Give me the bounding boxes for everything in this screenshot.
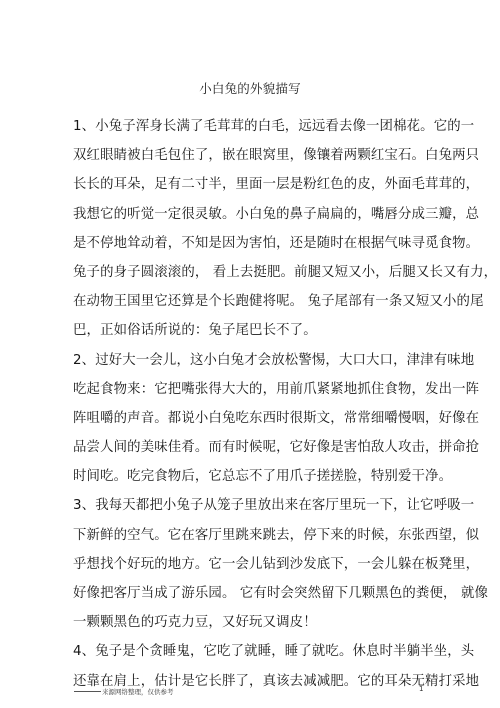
body-line: 双红眼睛被白毛包住了，嵌在眼窝里，像镶着两颗红宝石。白兔两只	[73, 146, 433, 175]
footer-source-text: 来源网络整理，仅供参考	[102, 687, 174, 696]
footer-source-note: 来源网络整理，仅供参考	[74, 687, 174, 696]
body-line: 2、过好大一会儿，这小白兔才会放松警惕，大口大口，津津有味地	[73, 351, 433, 380]
footer-dash-rule	[74, 691, 101, 692]
body-line: 下新鲜的空气。它在客厅里跳来跳去，停下来的时候，东张西望，似	[73, 526, 433, 555]
document-title: 小白兔的外貌描写	[0, 79, 500, 97]
body-line: 巴，正如俗话所说的：兔子尾巴长不了。	[73, 321, 433, 350]
body-line: 我想它的听觉一定很灵敏。小白兔的鼻子扁扁的，嘴唇分成三瓣，总	[73, 205, 433, 234]
body-line: 兔子的身子圆滚滚的， 看上去挺肥。前腿又短又小，后腿又长又有力，	[73, 263, 433, 292]
body-line: 是不停地耸动着，不知是因为害怕，还是随时在根据气味寻觅食物。	[73, 234, 433, 263]
body-line: 好像把客厅当成了游乐园。 它有时会突然留下几颗黑色的粪便， 就像	[73, 584, 433, 613]
body-line: 在动物王国里它还算是个长跑健将呢。 兔子尾部有一条又短又小的尾	[73, 292, 433, 321]
body-line: 品尝人间的美味佳肴。而有时候呢，它好像是害怕敌人攻击，拼命抢	[73, 438, 433, 467]
body-line: 吃起食物来：它把嘴张得大大的，用前爪紧紧地抓住食物，发出一阵	[73, 380, 433, 409]
document-page: 小白兔的外貌描写 1、小兔子浑身长满了毛茸茸的白毛，远远看去像一团棉花。它的一 …	[0, 0, 500, 708]
body-line: 1、小兔子浑身长满了毛茸茸的白毛，远远看去像一团棉花。它的一	[73, 117, 433, 146]
body-line: 阵咀嚼的声音。都说小白兔吃东西时很斯文，常常细嚼慢咽，好像在	[73, 409, 433, 438]
document-body: 1、小兔子浑身长满了毛茸茸的白毛，远远看去像一团棉花。它的一 双红眼睛被白毛包住…	[73, 117, 433, 701]
body-line: 一颗颗黑色的巧克力豆，又好玩又调皮！	[73, 613, 433, 642]
body-line: 4、兔子是个贪睡鬼，它吃了就睡，睡了就吃。休息时半躺半坐，头	[73, 642, 433, 671]
page-number: 1	[419, 685, 423, 693]
body-line: 长长的耳朵，足有二寸半，里面一层是粉红色的皮，外面毛茸茸的，	[73, 175, 433, 204]
body-line: 时间吃。吃完食物后，它总忘不了用爪子搓搓脸，特别爱干净。	[73, 467, 433, 496]
body-line: 乎想找个好玩的地方。它一会儿钻到沙发底下，一会儿躲在板凳里，	[73, 555, 433, 584]
body-line: 3、我每天都把小兔子从笼子里放出来在客厅里玩一下，让它呼吸一	[73, 496, 433, 525]
